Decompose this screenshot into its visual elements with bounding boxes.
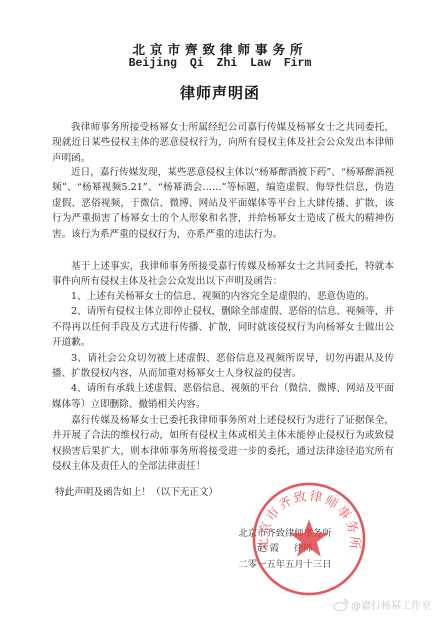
signature-firm: 北京市齐致律师事务所: [230, 526, 340, 542]
paragraph-basis: 基于上述事实，我律师事务所接受嘉行传媒及杨幂女士之共同委托，特就本事件向所有侵权…: [52, 259, 394, 290]
paragraph-text: 基于上述事实，我律师事务所接受嘉行传媒及杨幂女士之共同委托，特就本事件向所有侵权…: [52, 259, 394, 290]
declaration-items: 1、上述有关杨幂女士的信息、视频的内容完全是虚假的、恶意伪造的。 2、请所有侵权…: [52, 289, 394, 412]
document-title: 律师声明函: [0, 82, 440, 103]
declaration-item-2: 2、请所有侵权主体立即停止侵权，删除全部虚假、恶俗的信息、视频等，并不得再以任何…: [52, 304, 394, 350]
letterhead-firm-en: Beijing Qi Zhi Law Firm: [0, 57, 440, 70]
paragraph-final: 嘉行传媒及杨幂女士已委托我律师事务所对上述侵权行为进行了证据保全，并开展了合法的…: [52, 413, 394, 475]
paragraph-text: 嘉行传媒及杨幂女士已委托我律师事务所对上述侵权行为进行了证据保全，并开展了合法的…: [52, 413, 394, 475]
closing-statement: 特此声明及函告如上！（以下无正文）: [55, 484, 218, 498]
declaration-item-1: 1、上述有关杨幂女士的信息、视频的内容完全是虚假的、恶意伪造的。: [52, 289, 394, 304]
lawyer-name: 赵 霞: [257, 543, 279, 554]
lawyer-role: 律师: [294, 543, 313, 554]
weibo-icon: [333, 598, 349, 612]
signature-lawyer: 赵 霞 律师: [230, 541, 340, 557]
weibo-watermark: @嘉行杨幂工作室: [333, 597, 431, 612]
signature-date: 二零一五年五月十三日: [230, 557, 340, 573]
paragraph-intro: 我律师事务所接受杨幂女士所属经纪公司嘉行传媒及杨幂女士之共同委托，现就近日某些侵…: [52, 120, 394, 166]
watermark-text: @嘉行杨幂工作室: [351, 597, 431, 612]
paragraph-text: 我律师事务所接受杨幂女士所属经纪公司嘉行传媒及杨幂女士之共同委托，现就近日某些侵…: [52, 120, 394, 166]
letterhead-firm-cn: 北京市齊致律师事务所: [0, 40, 440, 58]
declaration-item-3: 3、请社会公众切勿被上述虚假、恶俗信息及视频所误导，切勿再跟从及传播、扩散侵权内…: [52, 351, 394, 382]
paragraph-text: 近日，嘉行传媒发现，某些恶意侵权主体以“杨幂醉酒被下药”、“杨幂醉酒视频”、“杨…: [52, 165, 394, 242]
paragraph-facts: 近日，嘉行传媒发现，某些恶意侵权主体以“杨幂醉酒被下药”、“杨幂醉酒视频”、“杨…: [52, 165, 394, 242]
declaration-item-4: 4、请所有承载上述虚假、恶俗信息、视频的平台（微信、微博、网站及平面媒体等）立即…: [52, 381, 394, 412]
